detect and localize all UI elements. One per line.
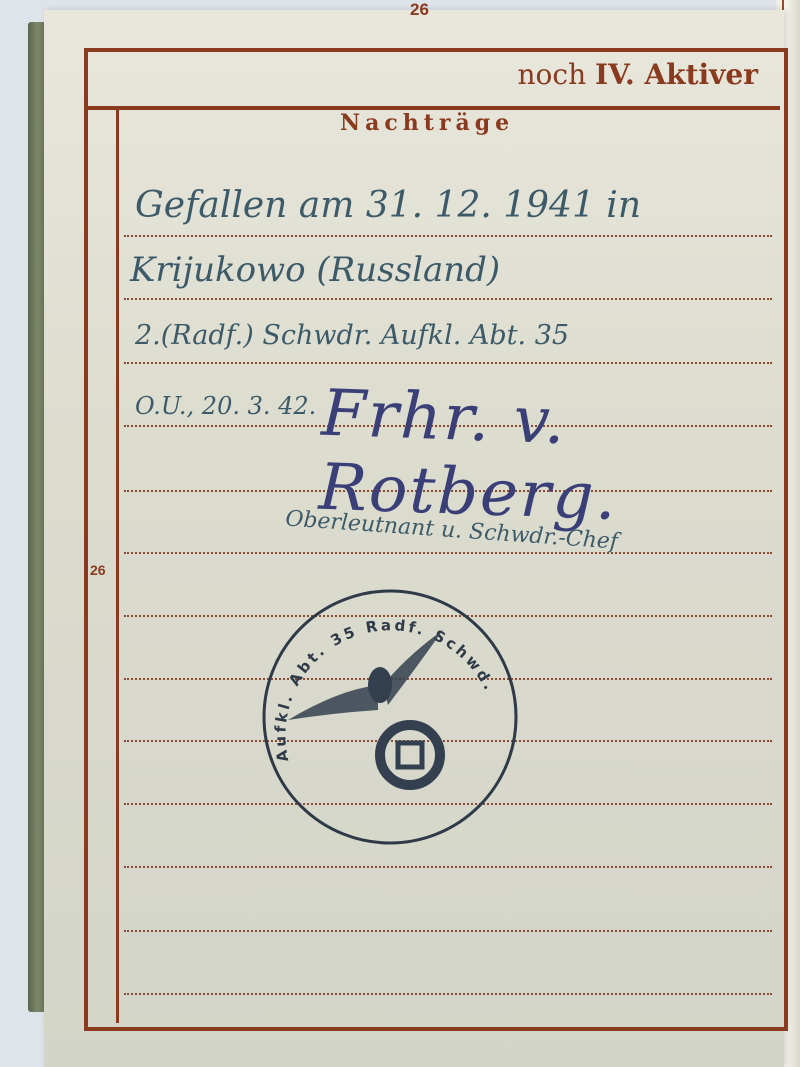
- ruled-line: [124, 298, 772, 300]
- page-number-margin: 26: [90, 562, 106, 578]
- entry-line-3: 2.(Radf.) Schwdr. Aufkl. Abt. 35: [135, 320, 569, 351]
- ruled-line: [124, 235, 772, 237]
- ruled-line: [124, 362, 772, 364]
- ruled-line: [124, 552, 772, 554]
- ruled-line: [124, 866, 772, 868]
- entry-line-1: Gefallen am 31. 12. 1941 in: [135, 185, 641, 226]
- header-title: noch IV. Aktiver: [518, 58, 758, 91]
- header-band: noch IV. Aktiver: [84, 48, 780, 110]
- header-prefix: noch: [518, 58, 587, 91]
- ruled-line: [124, 993, 772, 995]
- header-main: IV. Aktiver: [595, 58, 758, 91]
- entry-line-2: Krijukowo (Russland): [130, 250, 500, 290]
- page-number-top: 26: [410, 0, 429, 20]
- ruled-line: [124, 930, 772, 932]
- section-title: Nachträge: [340, 110, 514, 136]
- official-stamp: Aufkl. Abt. 35 Radf. Schwd.: [258, 585, 523, 850]
- entry-line-4: O.U., 20. 3. 42.: [135, 392, 316, 420]
